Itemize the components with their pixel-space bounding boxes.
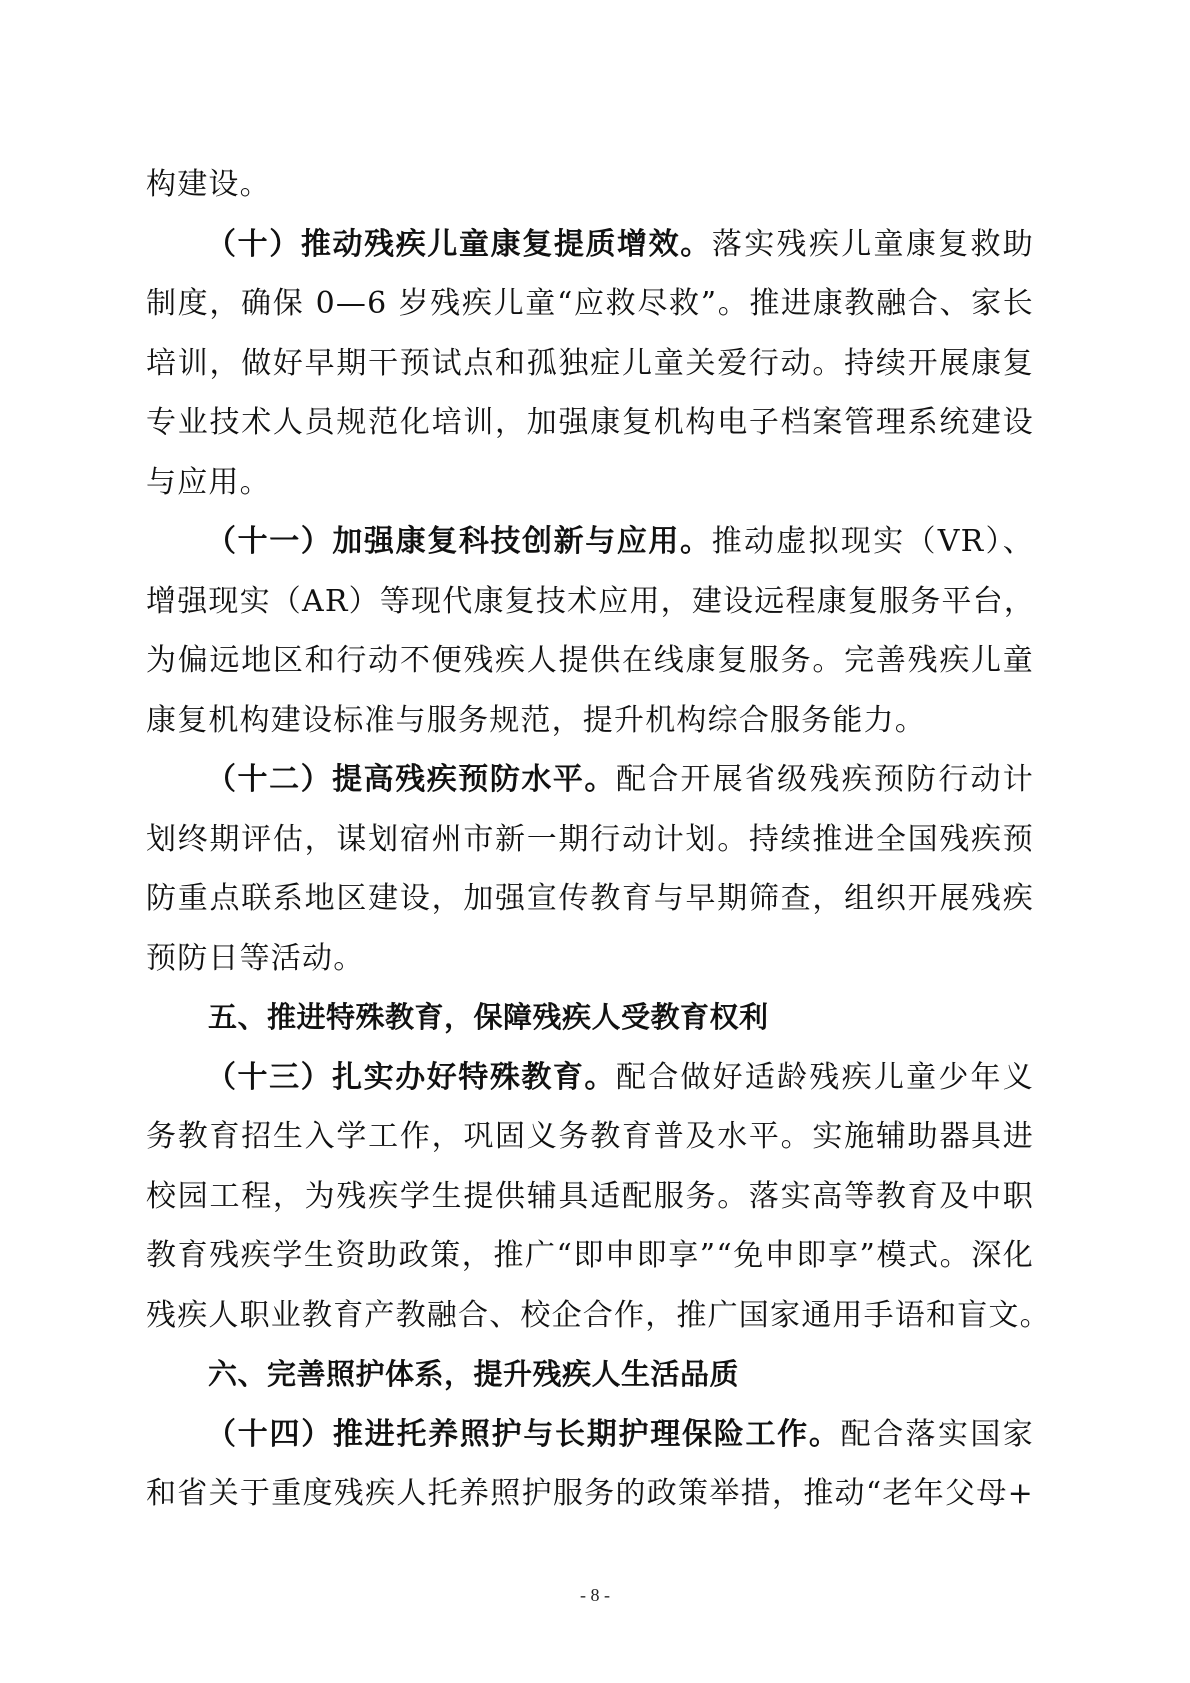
paragraph-line: 培训，做好早期干预试点和孤独症儿童关爱行动。持续开展康复 — [146, 334, 1034, 394]
paragraph-line: 划终期评估，谋划宿州市新一期行动计划。持续推进全国残疾预 — [146, 810, 1034, 870]
line-text: 推动虚拟现实（VR）、 — [712, 524, 1034, 559]
line-text: 残疾人职业教育产教融合、校企合作，推广国家通用手语和盲文。 — [146, 1298, 1051, 1333]
paragraph-line: 预防日等活动。 — [146, 929, 1034, 989]
paragraph-line: 专业技术人员规范化培训，加强康复机构电子档案管理系统建设 — [146, 393, 1034, 453]
line-text: 康复机构建设标准与服务规范，提升机构综合服务能力。 — [146, 703, 926, 738]
line-text: 与应用。 — [146, 465, 271, 500]
document-body: 构建设。 （十）推动残疾儿童康复提质增效。落实残疾儿童康复救助 制度，确保 0—… — [146, 155, 1034, 1524]
paragraph-line: 构建设。 — [146, 155, 1034, 215]
paragraph-line: 和省关于重度残疾人托养照护服务的政策举措，推动“老年父母+ — [146, 1464, 1034, 1524]
line-text: 教育残疾学生资助政策，推广“即申即享”“免申即享”模式。深化 — [146, 1238, 1034, 1273]
item-11-title: （十一）加强康复科技创新与应用。 — [206, 524, 712, 559]
section-heading-5: 五、推进特殊教育，保障残疾人受教育权利 — [146, 988, 1034, 1048]
item-13-title: （十三）扎实办好特殊教育。 — [206, 1060, 616, 1095]
line-text: 培训，做好早期干预试点和孤独症儿童关爱行动。持续开展康复 — [146, 346, 1034, 381]
line-text: 落实残疾儿童康复救助 — [712, 227, 1034, 262]
item-14-first-line: （十四）推进托养照护与长期护理保险工作。配合落实国家 — [146, 1405, 1034, 1465]
line-text: 配合落实国家 — [841, 1417, 1034, 1452]
line-text: 配合开展省级残疾预防行动计 — [616, 762, 1034, 797]
paragraph-line: 为偏远地区和行动不便残疾人提供在线康复服务。完善残疾儿童 — [146, 631, 1034, 691]
line-text: 配合做好适龄残疾儿童少年义 — [616, 1060, 1034, 1095]
line-text: 预防日等活动。 — [146, 941, 364, 976]
paragraph-line: 校园工程，为残疾学生提供辅具适配服务。落实高等教育及中职 — [146, 1167, 1034, 1227]
paragraph-line: 教育残疾学生资助政策，推广“即申即享”“免申即享”模式。深化 — [146, 1226, 1034, 1286]
line-text: 防重点联系地区建设，加强宣传教育与早期筛查，组织开展残疾 — [146, 881, 1034, 916]
item-13-first-line: （十三）扎实办好特殊教育。配合做好适龄残疾儿童少年义 — [146, 1048, 1034, 1108]
line-text: 增强现实（AR）等现代康复技术应用，建设远程康复服务平台， — [146, 584, 1035, 619]
line-text: 制度，确保 0—6 岁残疾儿童“应救尽救”。推进康教融合、家长 — [146, 286, 1034, 321]
item-14-title: （十四）推进托养照护与长期护理保险工作。 — [206, 1417, 841, 1452]
paragraph-line: 康复机构建设标准与服务规范，提升机构综合服务能力。 — [146, 691, 1034, 751]
section-heading-6: 六、完善照护体系，提升残疾人生活品质 — [146, 1345, 1034, 1405]
page-number: - 8 - — [0, 1585, 1190, 1606]
line-text: 校园工程，为残疾学生提供辅具适配服务。落实高等教育及中职 — [146, 1179, 1034, 1214]
item-10-first-line: （十）推动残疾儿童康复提质增效。落实残疾儿童康复救助 — [146, 215, 1034, 275]
line-text: 务教育招生入学工作，巩固义务教育普及水平。实施辅助器具进 — [146, 1119, 1034, 1154]
line-text: 划终期评估，谋划宿州市新一期行动计划。持续推进全国残疾预 — [146, 822, 1034, 857]
item-12-first-line: （十二）提高残疾预防水平。配合开展省级残疾预防行动计 — [146, 750, 1034, 810]
paragraph-line: 残疾人职业教育产教融合、校企合作，推广国家通用手语和盲文。 — [146, 1286, 1034, 1346]
paragraph-line: 务教育招生入学工作，巩固义务教育普及水平。实施辅助器具进 — [146, 1107, 1034, 1167]
line-text: 为偏远地区和行动不便残疾人提供在线康复服务。完善残疾儿童 — [146, 643, 1034, 678]
paragraph-line: 防重点联系地区建设，加强宣传教育与早期筛查，组织开展残疾 — [146, 869, 1034, 929]
line-text: 专业技术人员规范化培训，加强康复机构电子档案管理系统建设 — [146, 405, 1034, 440]
paragraph-line: 增强现实（AR）等现代康复技术应用，建设远程康复服务平台， — [146, 572, 1034, 632]
paragraph-line: 与应用。 — [146, 453, 1034, 513]
document-page: 构建设。 （十）推动残疾儿童康复提质增效。落实残疾儿童康复救助 制度，确保 0—… — [0, 0, 1190, 1683]
line-text: 和省关于重度残疾人托养照护服务的政策举措，推动“老年父母+ — [146, 1476, 1034, 1511]
item-10-title: （十）推动残疾儿童康复提质增效。 — [206, 227, 712, 262]
line-text: 构建设。 — [146, 167, 271, 202]
item-12-title: （十二）提高残疾预防水平。 — [206, 762, 616, 797]
item-11-first-line: （十一）加强康复科技创新与应用。推动虚拟现实（VR）、 — [146, 512, 1034, 572]
paragraph-line: 制度，确保 0—6 岁残疾儿童“应救尽救”。推进康教融合、家长 — [146, 274, 1034, 334]
